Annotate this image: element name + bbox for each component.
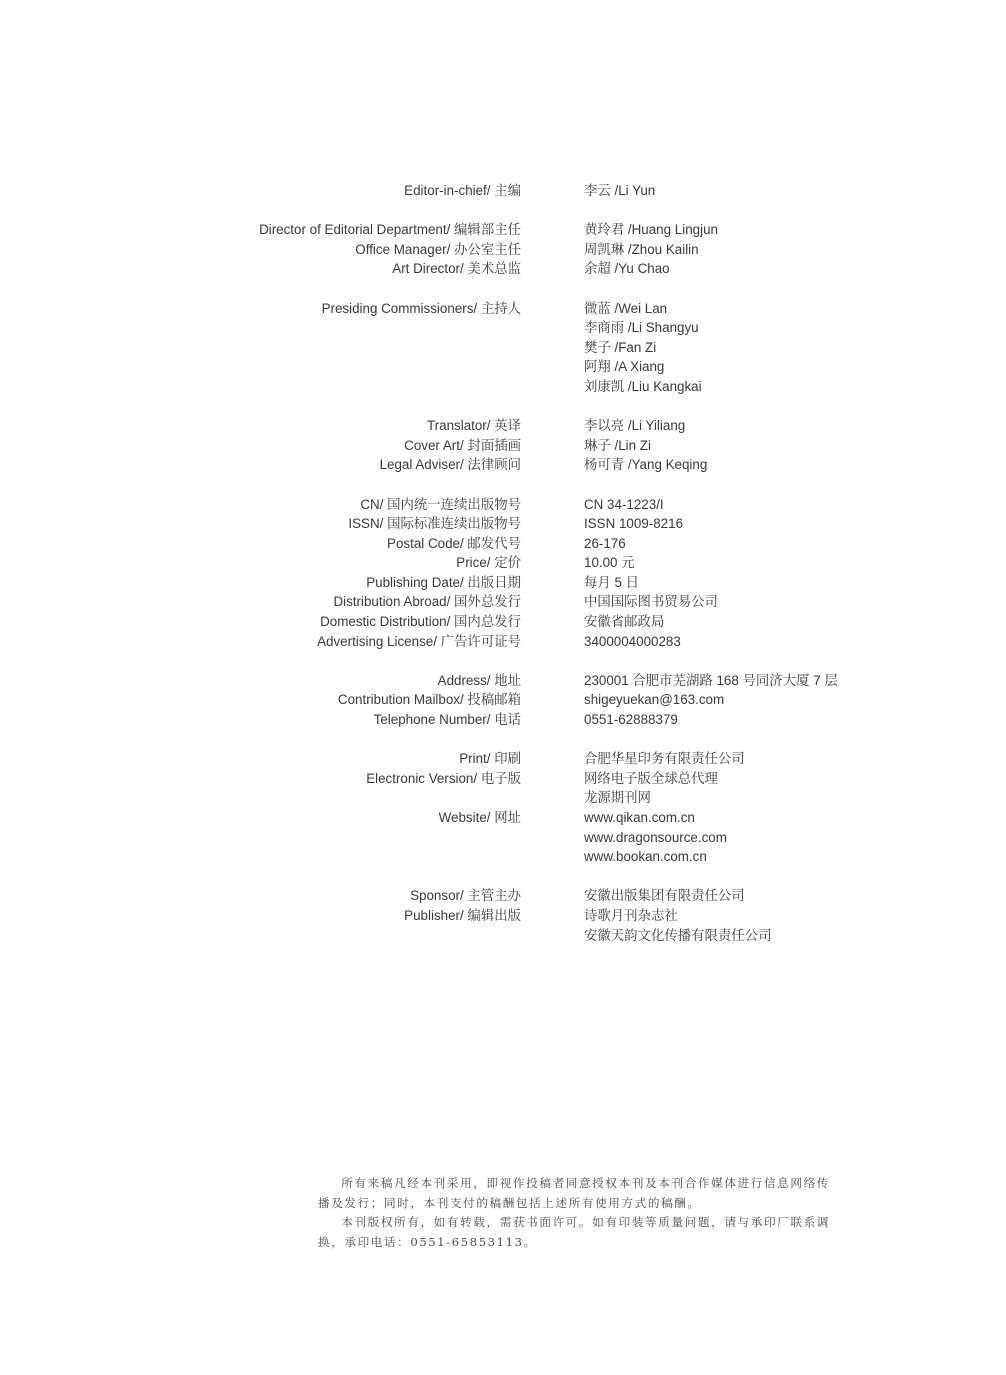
masthead-row: www.bookan.com.cn [0,847,1006,867]
masthead-value: 周凯琳 /Zhou Kailin [584,240,699,260]
masthead-value: 230001 合肥市芜湖路 168 号同济大厦 7 层 [584,671,838,691]
masthead-value: 0551-62888379 [584,710,678,730]
masthead-value: 龙源期刊网 [584,788,651,808]
masthead-role-label [0,377,521,397]
masthead-role-label: Translator/ 英译 [0,416,521,436]
masthead-row: Translator/ 英译李以亮 /Li Yiliang [0,416,1006,436]
masthead-value: 余超 /Yu Chao [584,259,670,279]
masthead-value: 每月 5 日 [584,573,639,593]
masthead-row: 刘康凯 /Liu Kangkai [0,377,1006,397]
masthead-role-label: Legal Adviser/ 法律顾问 [0,455,521,475]
masthead-value: shigeyuekan@163.com [584,690,724,710]
masthead-value: 安徽出版集团有限责任公司 [584,886,745,906]
masthead-role-label: Editor-in-chief/ 主编 [0,181,521,201]
masthead-row: 樊子 /Fan Zi [0,338,1006,358]
masthead-role-label: Postal Code/ 邮发代号 [0,534,521,554]
masthead-value: 李商雨 /Li Shangyu [584,318,699,338]
masthead-role-label: Art Director/ 美术总监 [0,259,521,279]
group-spacer [0,867,1006,887]
masthead-row: ISSN/ 国际标准连续出版物号ISSN 1009-8216 [0,514,1006,534]
masthead-row: Postal Code/ 邮发代号26-176 [0,534,1006,554]
masthead-value: 阿翔 /A Xiang [584,357,664,377]
masthead-role-label: Publisher/ 编辑出版 [0,906,521,926]
masthead-role-label [0,788,521,808]
masthead-role-label: Advertising License/ 广告许可证号 [0,632,521,652]
masthead-value: www.bookan.com.cn [584,847,707,867]
masthead-row: Sponsor/ 主管主办安徽出版集团有限责任公司 [0,886,1006,906]
masthead-value: 黄玲君 /Huang Lingjun [584,220,718,240]
masthead-value: 樊子 /Fan Zi [584,338,656,358]
masthead-role-label [0,926,521,946]
masthead-row: Legal Adviser/ 法律顾问杨可青 /Yang Keqing [0,455,1006,475]
masthead-row: Website/ 网址www.qikan.com.cn [0,808,1006,828]
masthead-row: Publisher/ 编辑出版诗歌月刊杂志社 [0,906,1006,926]
masthead-value: www.qikan.com.cn [584,808,695,828]
group-spacer [0,475,1006,495]
masthead-role-label: Address/ 地址 [0,671,521,691]
masthead-value: 安徽省邮政局 [584,612,664,632]
masthead-role-label: CN/ 国内统一连续出版物号 [0,495,521,515]
masthead-row: Advertising License/ 广告许可证号3400004000283 [0,632,1006,652]
masthead-row: www.dragonsource.com [0,828,1006,848]
footer-paragraph-usage-rights: 所有来稿凡经本刊采用，即视作投稿者同意授权本刊及本刊合作媒体进行信息网络传播及发… [318,1174,830,1213]
masthead-row: Electronic Version/ 电子版网络电子版全球总代理 [0,769,1006,789]
masthead-row: 安徽天韵文化传播有限责任公司 [0,926,1006,946]
masthead-row: Price/ 定价10.00 元 [0,553,1006,573]
masthead-role-label: Contribution Mailbox/ 投稿邮箱 [0,690,521,710]
masthead-value: 安徽天韵文化传播有限责任公司 [584,926,771,946]
masthead-value: 琳子 /Lin Zi [584,436,651,456]
masthead: Editor-in-chief/ 主编李云 /Li YunDirector of… [0,181,1006,945]
masthead-role-label [0,357,521,377]
masthead-role-label: Distribution Abroad/ 国外总发行 [0,592,521,612]
masthead-role-label [0,847,521,867]
masthead-role-label: Sponsor/ 主管主办 [0,886,521,906]
masthead-row: Contribution Mailbox/ 投稿邮箱shigeyuekan@16… [0,690,1006,710]
masthead-value: 中国国际图书贸易公司 [584,592,718,612]
masthead-row: Cover Art/ 封面插画琳子 /Lin Zi [0,436,1006,456]
masthead-role-label [0,828,521,848]
masthead-row: Director of Editorial Department/ 编辑部主任黄… [0,220,1006,240]
masthead-value: 李以亮 /Li Yiliang [584,416,685,436]
masthead-row: Print/ 印刷合肥华星印务有限责任公司 [0,749,1006,769]
masthead-role-label: ISSN/ 国际标准连续出版物号 [0,514,521,534]
masthead-row: Editor-in-chief/ 主编李云 /Li Yun [0,181,1006,201]
masthead-role-label: Director of Editorial Department/ 编辑部主任 [0,220,521,240]
masthead-role-label [0,318,521,338]
masthead-value: 微蓝 /Wei Lan [584,299,667,319]
masthead-row: Presiding Commissioners/ 主持人微蓝 /Wei Lan [0,299,1006,319]
masthead-value: 10.00 元 [584,553,635,573]
masthead-value: 合肥华星印务有限责任公司 [584,749,745,769]
masthead-row: Art Director/ 美术总监余超 /Yu Chao [0,259,1006,279]
masthead-role-label: Price/ 定价 [0,553,521,573]
masthead-role-label: Print/ 印刷 [0,749,521,769]
masthead-role-label: Telephone Number/ 电话 [0,710,521,730]
masthead-role-label: Domestic Distribution/ 国内总发行 [0,612,521,632]
masthead-role-label: Presiding Commissioners/ 主持人 [0,299,521,319]
masthead-value: 杨可青 /Yang Keqing [584,455,707,475]
masthead-value: 刘康凯 /Liu Kangkai [584,377,702,397]
group-spacer [0,397,1006,417]
masthead-role-label: Office Manager/ 办公室主任 [0,240,521,260]
masthead-value: ISSN 1009-8216 [584,514,683,534]
masthead-row: Telephone Number/ 电话0551-62888379 [0,710,1006,730]
masthead-value: 诗歌月刊杂志社 [584,906,678,926]
masthead-row: 龙源期刊网 [0,788,1006,808]
masthead-row: Address/ 地址230001 合肥市芜湖路 168 号同济大厦 7 层 [0,671,1006,691]
masthead-value: 网络电子版全球总代理 [584,769,718,789]
masthead-role-label: Electronic Version/ 电子版 [0,769,521,789]
group-spacer [0,279,1006,299]
masthead-row: CN/ 国内统一连续出版物号CN 34-1223/I [0,495,1006,515]
masthead-value: 李云 /Li Yun [584,181,655,201]
group-spacer [0,651,1006,671]
masthead-role-label: Website/ 网址 [0,808,521,828]
group-spacer [0,201,1006,221]
masthead-role-label: Cover Art/ 封面插画 [0,436,521,456]
masthead-row: 阿翔 /A Xiang [0,357,1006,377]
masthead-row: Office Manager/ 办公室主任周凯琳 /Zhou Kailin [0,240,1006,260]
masthead-role-label: Publishing Date/ 出版日期 [0,573,521,593]
masthead-value: CN 34-1223/I [584,495,664,515]
masthead-value: 3400004000283 [584,632,681,652]
masthead-row: Distribution Abroad/ 国外总发行中国国际图书贸易公司 [0,592,1006,612]
footer-paragraph-copyright: 本刊版权所有，如有转载，需获书面许可。如有印装等质量问题，请与承印厂联系调换，承… [318,1213,830,1252]
masthead-row: 李商雨 /Li Shangyu [0,318,1006,338]
masthead-row: Publishing Date/ 出版日期每月 5 日 [0,573,1006,593]
copyright-notice: 所有来稿凡经本刊采用，即视作投稿者同意授权本刊及本刊合作媒体进行信息网络传播及发… [318,1174,830,1252]
masthead-role-label [0,338,521,358]
masthead-row: Domestic Distribution/ 国内总发行安徽省邮政局 [0,612,1006,632]
masthead-value: 26-176 [584,534,626,554]
group-spacer [0,730,1006,750]
masthead-value: www.dragonsource.com [584,828,727,848]
